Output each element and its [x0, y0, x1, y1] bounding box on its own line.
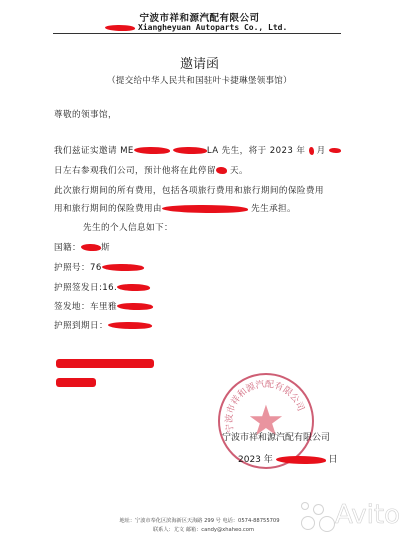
redaction-mark	[102, 264, 144, 271]
redaction-mark	[276, 456, 326, 464]
personal-info-intro: 先生的个人信息如下：	[83, 221, 173, 233]
redaction-mark	[329, 148, 341, 153]
body-line-1: 我们兹证实邀请 ME LA 先生，将于 2023 年 月	[54, 144, 341, 156]
nationality-label: 国籍：	[54, 243, 81, 253]
signature-date-suffix: 日	[329, 455, 338, 465]
redaction-mark	[173, 147, 207, 154]
body-line-3: 此次旅行期间的所有费用，包括各项旅行费用和旅行期间的保险费用	[54, 184, 324, 196]
letterhead-divider	[53, 33, 341, 34]
issue-date-row: 护照签发日:16.	[54, 281, 150, 293]
signature-date-prefix: 2023 年	[238, 455, 273, 465]
nationality-suffix: 斯	[101, 243, 110, 253]
issue-date-value-prefix: 16.	[102, 283, 117, 293]
redaction-mark	[81, 244, 101, 251]
redaction-mark	[108, 322, 152, 329]
issue-date-label: 护照签发日:	[54, 283, 102, 293]
expiry-date-label: 护照到期日：	[54, 321, 108, 331]
avito-logo-dot	[319, 516, 335, 532]
body-line-4-b: 先生承担。	[251, 204, 296, 214]
avito-logo-dot	[301, 516, 315, 530]
letterhead-company-cn: 宁波市祥和源汽配有限公司	[0, 10, 399, 24]
issue-place-label: 签发地：	[54, 302, 90, 312]
redaction-mark	[105, 25, 135, 31]
nationality-row: 国籍：斯	[54, 241, 110, 253]
issue-place-row: 签发地：车里雅	[54, 300, 153, 312]
body-line-1-a: 我们兹证实邀请 ME	[54, 146, 134, 156]
salutation: 尊敬的领事馆，	[54, 108, 117, 120]
redaction-mark	[56, 378, 96, 387]
document-title: 邀请函	[0, 53, 399, 72]
redaction-mark	[309, 147, 314, 155]
avito-logo-dot	[301, 502, 309, 510]
body-line-1-b: LA 先生，将于 2023 年	[207, 146, 306, 156]
passport-label: 护照号：	[54, 263, 90, 273]
body-line-4: 用和旅行期间的保险费用由 先生承担。	[54, 202, 296, 214]
passport-row: 护照号：76	[54, 261, 144, 273]
signature-company: 宁波市祥和源汽配有限公司	[222, 430, 330, 443]
document-subtitle: （提交给中华人民共和国驻叶卡捷琳堡领事馆）	[0, 74, 399, 86]
redaction-mark	[117, 303, 153, 310]
redacted-line-1	[56, 353, 154, 372]
letterhead-company-en-text: Xiangheyuan Autoparts Co., Ltd.	[138, 23, 287, 32]
body-line-2: 日左右参观我们公司，预计他将在此停留 天。	[54, 164, 248, 176]
issue-place-value-prefix: 车里雅	[90, 302, 117, 312]
body-line-1-c: 月	[317, 146, 326, 156]
body-line-2-a: 日左右参观我们公司，预计他将在此停留	[54, 166, 216, 176]
body-line-2-b: 天。	[230, 166, 248, 176]
expiry-date-row: 护照到期日：	[54, 319, 152, 331]
letterhead-company-en: Xiangheyuan Autoparts Co., Ltd.	[105, 23, 287, 32]
redaction-mark	[117, 284, 150, 291]
avito-watermark: Avito	[297, 498, 397, 534]
svg-text:宁波市祥和源汽配有限公司: 宁波市祥和源汽配有限公司	[223, 378, 307, 434]
redaction-mark	[162, 205, 248, 213]
redaction-mark	[56, 359, 154, 368]
avito-logo-dot	[313, 504, 324, 515]
avito-watermark-text: Avito	[335, 500, 399, 530]
body-line-4-a: 用和旅行期间的保险费用由	[54, 204, 162, 214]
passport-value-prefix: 76	[90, 263, 102, 273]
redaction-mark	[134, 147, 170, 154]
signature-date: 2023 年 日	[238, 452, 338, 465]
redacted-line-2	[56, 372, 96, 391]
redaction-mark	[216, 167, 227, 174]
